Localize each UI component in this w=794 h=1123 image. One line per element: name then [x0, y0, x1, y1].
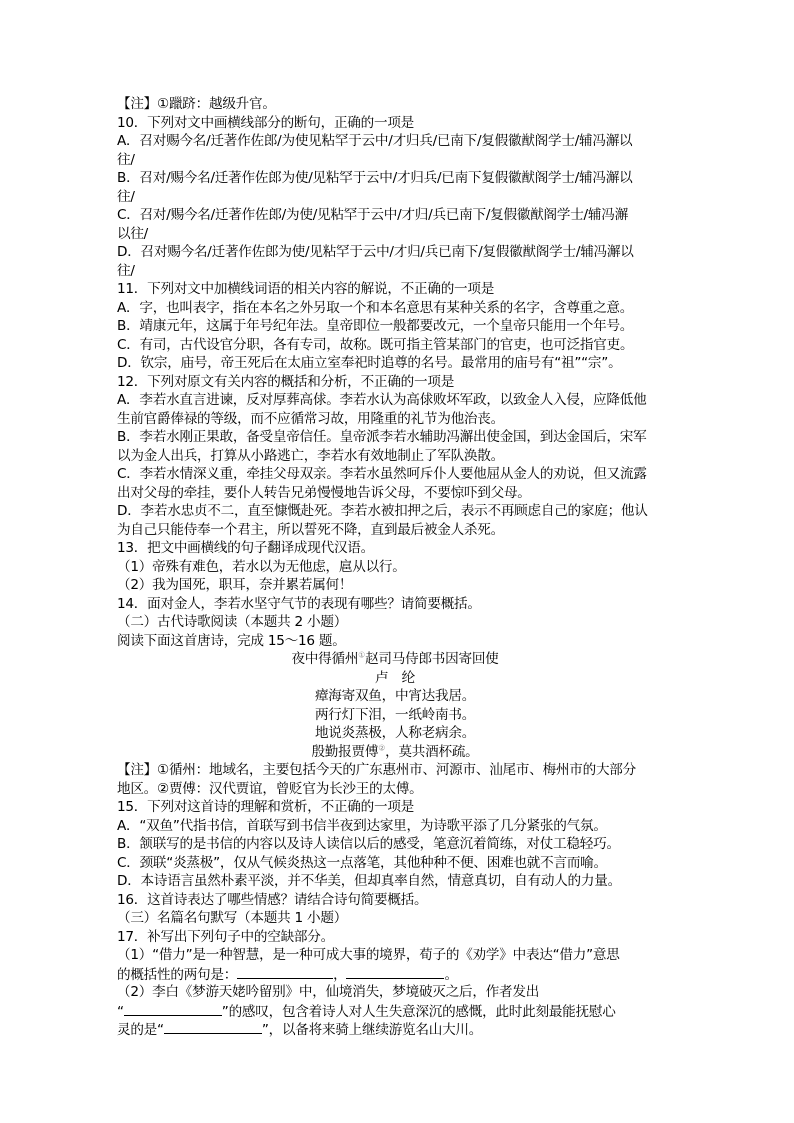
note-2-line-2: 地区。②贾傅：汉代贾谊，曾贬官为长沙王的太傅。	[117, 780, 673, 799]
question-16: 16．这首诗表达了哪些情感？请结合诗句简要概括。	[117, 891, 673, 910]
option-d: D．本诗语言虽然朴素平淡，并不华美，但却真率自然，情意真切，自有动人的力量。	[117, 872, 673, 891]
option-d-cont: 往/	[117, 262, 673, 281]
option-c: C．李若水情深义重，牵挂父母双亲。李若水虽然呵斥仆人要他屈从金人的劝说，但又流露	[117, 465, 673, 484]
fill-blank-2[interactable]	[346, 965, 444, 979]
question-stem: 16．这首诗表达了哪些情感？请结合诗句简要概括。	[117, 891, 673, 910]
option-a: A．召对赐今名/迁著作佐郎/为使见粘罕于云中/才归兵/已南下/复假徽猷阁学士/辅…	[117, 132, 673, 151]
period: 。	[444, 967, 457, 983]
poem-line-4-part-1: 殷勤报贾傅	[311, 744, 378, 760]
option-a-cont: 生前官爵俸禄的等级，而不应循常习故，用隆重的礼节为他治丧。	[117, 410, 673, 429]
poem-author: 卢 纶	[117, 669, 673, 688]
option-d-cont: 为自己只能侍奉一个君主，所以誓死不降，直到最后被金人杀死。	[117, 521, 673, 540]
option-c-cont: 出对父母的牵挂，要仆人转告兄弟慢慢地告诉父母，不要惊吓到父母。	[117, 484, 673, 503]
section-heading-recitation: （三）名篇名句默写（本题共 1 小题）	[117, 909, 673, 928]
note-2: 【注】①循州：地域名，主要包括今天的广东惠州市、河源市、汕尾市、梅州市的大部分 …	[117, 761, 673, 798]
separator: ，	[333, 967, 346, 983]
exam-page: 【注】①躐跻：越级升官。 10．下列对文中画横线部分的断句，正确的一项是 A．召…	[117, 95, 673, 1039]
part-2-line-3: 灵的是“”，以备将来骑上继续游览名山大川。	[117, 1020, 673, 1039]
part-2-prompt: 灵的是“	[117, 1022, 164, 1038]
question-stem: 10．下列对文中画横线部分的断句，正确的一项是	[117, 114, 673, 133]
option-b: B．靖康元年，这属于年号纪年法。皇帝即位一般都要改元，一个皇帝只能用一个年号。	[117, 317, 673, 336]
part-1-prompt: 的概括性的两句是：	[117, 967, 237, 983]
part-2-line-2: “”的感叹，包含着诗人对人生失意深沉的感慨，此时此刻最能抚慰心	[117, 1002, 673, 1021]
option-b: B．召对/赐今名/迁著作佐郎为使/见粘罕于云中/才归兵/已南下复假徽猷阁学士/辅…	[117, 169, 673, 188]
option-d: D．李若水忠贞不二，直至慷慨赴死。李若水被扣押之后，表示不再顾虑自己的家庭；他认	[117, 502, 673, 521]
part-2-end-text: ”，以备将来骑上继续游览名山大川。	[262, 1022, 482, 1038]
poem-line-4: 殷勤报贾傅②，莫共酒杯疏。	[117, 743, 673, 762]
note-1: 【注】①躐跻：越级升官。	[117, 95, 673, 114]
poem-line-3: 地说炎蒸极，人称老病余。	[117, 724, 673, 743]
option-d: D．召对赐今名/迁著作佐郎为使/见粘罕于云中/才归/兵已南下/复假徽猷阁学士/辅…	[117, 243, 673, 262]
option-a-cont: 往/	[117, 151, 673, 170]
sentence-1: （1）帝殊有难色，若水以为无他虑，扈从以行。	[117, 558, 673, 577]
question-14: 14．面对金人，李若水坚守气节的表现有哪些？请简要概括。	[117, 595, 673, 614]
fill-blank-3[interactable]	[124, 1002, 222, 1016]
question-12: 12．下列对原文有关内容的概括和分析，不正确的一项是 A．李若水直言进谏，反对厚…	[117, 373, 673, 540]
fill-blank-1[interactable]	[237, 965, 333, 979]
option-b: B．李若水刚正果敢，备受皇帝信任。皇帝派李若水辅助冯澥出使金国，到达金国后，宋军	[117, 428, 673, 447]
option-b-cont: 往/	[117, 188, 673, 207]
poem-title-part-2: 赵司马侍郎书因寄回使	[365, 651, 498, 667]
option-c: C．有司，古代设官分职，各有专司，故称。既可指主管某部门的官吏，也可泛指官吏。	[117, 336, 673, 355]
question-stem: 11．下列对文中加横线词语的相关内容的解说，不正确的一项是	[117, 280, 673, 299]
option-a: A．李若水直言进谏，反对厚葬高俅。李若水认为高俅败坏军政，以致金人入侵，应降低他	[117, 391, 673, 410]
option-c: C．召对/赐今名/迁著作佐郎/为使/见粘罕于云中/才归/兵已南下/复假徽猷阁学士…	[117, 206, 673, 225]
sentence-2: （2）我为国死，职耳，奈并累若属何！	[117, 576, 673, 595]
question-10: 10．下列对文中画横线部分的断句，正确的一项是 A．召对赐今名/迁著作佐郎/为使…	[117, 114, 673, 281]
part-1-line-1: （1）“借力”是一种智慧，是一种可成大事的境界，荀子的《劝学》中表达“借力”意思	[117, 946, 673, 965]
part-1-line-2: 的概括性的两句是：，。	[117, 965, 673, 984]
poem-line-1: 瘴海寄双鱼，中宵达我居。	[117, 687, 673, 706]
option-c-cont: 以往/	[117, 225, 673, 244]
question-17: 17．补写出下列句子中的空缺部分。 （1）“借力”是一种智慧，是一种可成大事的境…	[117, 928, 673, 1039]
open-quote: “	[117, 1004, 124, 1020]
poem-line-4-part-2: ，莫共酒杯疏。	[385, 744, 478, 760]
part-2-line-1: （2）李白《梦游天姥吟留别》中，仙境消失，梦境破灭之后，作者发出	[117, 983, 673, 1002]
option-a: A．字，也叫表字，指在本名之外另取一个和本名意思有某种关系的名字，含尊重之意。	[117, 299, 673, 318]
poem-line-2: 两行灯下泪，一纸岭南书。	[117, 706, 673, 725]
question-stem: 17．补写出下列句子中的空缺部分。	[117, 928, 673, 947]
question-stem: 14．面对金人，李若水坚守气节的表现有哪些？请简要概括。	[117, 595, 673, 614]
option-b: B．颔联写的是书信的内容以及诗人读信以后的感受，笔意沉着简练，对仗工稳轻巧。	[117, 835, 673, 854]
option-b-cont: 以为金人出兵，打算从小路逃亡，李若水有效地制止了军队涣散。	[117, 447, 673, 466]
poem-title: 夜中得循州①赵司马侍郎书因寄回使	[117, 650, 673, 669]
section-heading-poetry: （二）古代诗歌阅读（本题共 2 小题）	[117, 613, 673, 632]
question-11: 11．下列对文中加横线词语的相关内容的解说，不正确的一项是 A．字，也叫表字，指…	[117, 280, 673, 373]
fill-blank-4[interactable]	[164, 1020, 262, 1034]
option-a: A．“双鱼”代指书信，首联写到书信半夜到达家里，为诗歌平添了几分紧张的气氛。	[117, 817, 673, 836]
question-stem: 13．把文中画横线的句子翻译成现代汉语。	[117, 539, 673, 558]
question-stem: 12．下列对原文有关内容的概括和分析，不正确的一项是	[117, 373, 673, 392]
poem: 夜中得循州①赵司马侍郎书因寄回使 卢 纶 瘴海寄双鱼，中宵达我居。 两行灯下泪，…	[117, 650, 673, 761]
question-stem: 15．下列对这首诗的理解和赏析，不正确的一项是	[117, 798, 673, 817]
note-2-line-1: 【注】①循州：地域名，主要包括今天的广东惠州市、河源市、汕尾市、梅州市的大部分	[117, 761, 673, 780]
option-c: C．颈联“炎蒸极”，仅从气候炎热这一点落笔，其他种种不便、困难也就不言而喻。	[117, 854, 673, 873]
question-15: 15．下列对这首诗的理解和赏析，不正确的一项是 A．“双鱼”代指书信，首联写到书…	[117, 798, 673, 891]
question-13: 13．把文中画横线的句子翻译成现代汉语。 （1）帝殊有难色，若水以为无他虑，扈从…	[117, 539, 673, 595]
part-2-text: ”的感叹，包含着诗人对人生失意深沉的感慨，此时此刻最能抚慰心	[222, 1004, 616, 1020]
poetry-intro: 阅读下面这首唐诗，完成 15～16 题。	[117, 632, 673, 651]
option-d: D．钦宗，庙号，帝王死后在太庙立室奉祀时追尊的名号。最常用的庙号有“祖”“宗”。	[117, 354, 673, 373]
poem-title-part-1: 夜中得循州	[291, 651, 358, 667]
